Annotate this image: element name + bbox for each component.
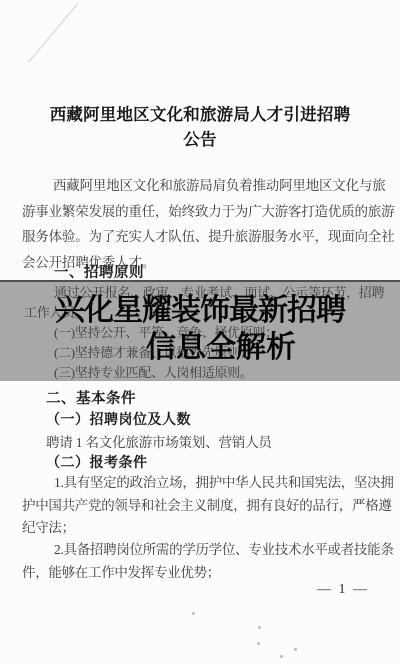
scan-speck-artifact — [294, 648, 297, 651]
overlay-title-line2: 信息全解析 — [0, 329, 400, 366]
overlay-banner-title: 兴化星耀装饰最新招聘 信息全解析 — [0, 292, 400, 366]
scan-speck-artifact — [280, 655, 283, 658]
requirement-line: 件，能够在工作中发挥专业优势； — [22, 562, 384, 585]
scan-speck-artifact — [258, 626, 261, 629]
requirement-line: 护中国共产党的领导和社会主义制度，拥有良好的品行，严格遵 — [22, 495, 384, 518]
page-title-line2: 公告 — [18, 127, 382, 152]
scan-speck-artifact — [192, 612, 195, 615]
scan-speck-artifact — [257, 642, 260, 645]
section-heading-recruitment-principles: 一、招聘原则 — [54, 261, 144, 282]
intro-line: 服务体验。为了充实人才队伍、提升旅游服务水平，现面向全社 — [22, 224, 384, 250]
intro-line: 游事业繁荣发展的重任，始终致力于为广大游客打造优质的旅游 — [22, 199, 384, 225]
page-title-line1: 西藏阿里地区文化和旅游局人才引进招聘 — [18, 102, 382, 127]
requirement-line: 2.具备招聘岗位所需的学历学位、专业技术水平或者技能条 — [22, 539, 384, 562]
scanned-notice-page: 西藏阿里地区文化和旅游局人才引进招聘 公告 西藏阿里地区文化和旅游局肩负着推动阿… — [0, 0, 400, 664]
intro-line: 西藏阿里地区文化和旅游局肩负着推动阿里地区文化与旅 — [22, 173, 384, 199]
requirement-item-2: 2.具备招聘岗位所需的学历学位、专业技术水平或者技能条 件，能够在工作中发挥专业… — [22, 539, 384, 584]
section-heading-basic-conditions: 二、基本条件 — [46, 387, 136, 408]
band-line: (三)坚持专业匹配、人岗相适原则。 — [24, 363, 380, 383]
subheading-positions-and-headcount: （一）招聘岗位及人数 — [46, 409, 191, 429]
requirement-item-1: 1.具有坚定的政治立场，拥护中华人民共和国宪法，坚决拥 护中国共产党的领导和社会… — [22, 472, 384, 540]
page-title: 西藏阿里地区文化和旅游局人才引进招聘 公告 — [18, 102, 382, 152]
page-number: — 1 — — [317, 582, 369, 598]
subheading-application-requirements: （二）报考条件 — [46, 452, 148, 472]
scan-scratch-artifact — [27, 2, 79, 63]
position-description-line: 聘请 1 名文化旅游市场策划、营销人员 — [46, 431, 272, 451]
requirement-line: 纪守法； — [22, 517, 384, 540]
requirement-line: 1.具有坚定的政治立场，拥护中华人民共和国宪法，坚决拥 — [22, 472, 384, 495]
overlay-title-line1: 兴化星耀装饰最新招聘 — [0, 292, 400, 329]
